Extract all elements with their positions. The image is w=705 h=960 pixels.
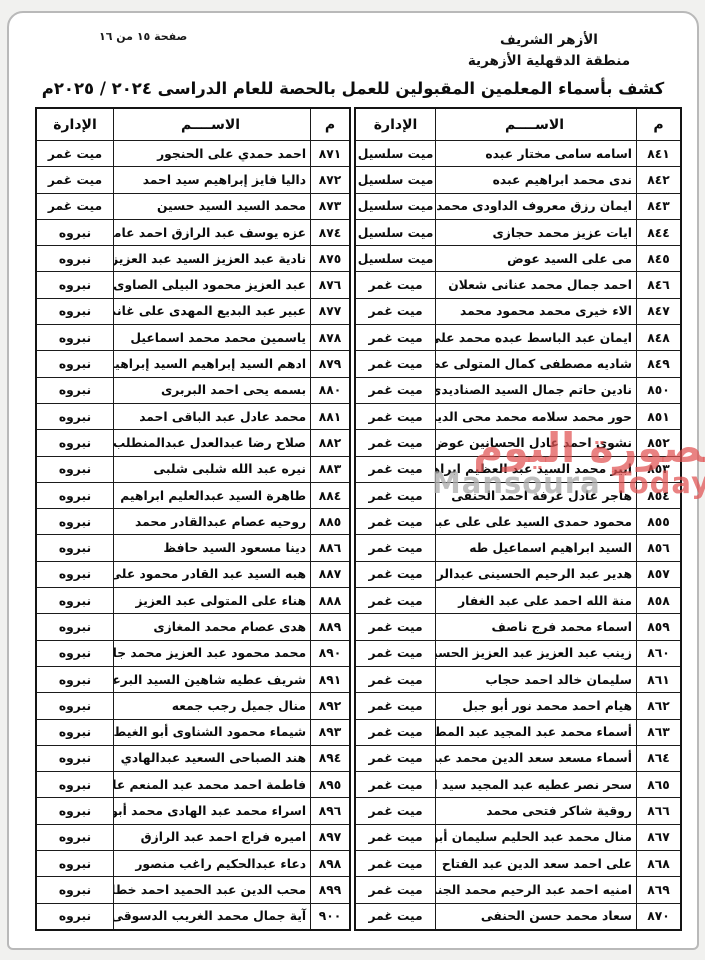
org-region: منطقة الدقهلية الأزهرية [439,51,659,72]
table-row: ٨٩٢منال جميل رجب جمعهنبروه [36,693,350,719]
table-row: ٨٧٠سعاد محمد حسن الحنفىميت غمر [355,903,681,930]
cell-num: ٨٥٨ [637,588,682,614]
cell-admin: نبروه [36,903,114,930]
table-row: ٨٨٥روحيه عصام عبدالقادر محمدنبروه [36,509,350,535]
table-row: ٨٤٥مى على السيد عوضميت سلسيل [355,246,681,272]
table-row: ٨٩٤هند الصباحى السعيد عبدالهادينبروه [36,745,350,771]
cell-num: ٨٦٨ [637,851,682,877]
cell-num: ٨٨٤ [311,482,351,508]
cell-num: ٨٨٥ [311,509,351,535]
cell-num: ٨٨٣ [311,456,351,482]
cell-num: ٨٥٦ [637,535,682,561]
cell-name: اسراء محمد عبد الهادى محمد أبو طالب [114,798,311,824]
cell-name: منال محمد عبد الحليم سليمان أبو عفصه [436,824,637,850]
table-row: ٨٤١اسامه سامى مختار عبدهميت سلسيل [355,141,681,167]
column-header-admin: الإدارة [355,108,436,141]
cell-admin: ميت غمر [355,798,436,824]
table-row: ٨٦٩امنيه احمد عبد الرحيم محمد الجندىميت … [355,877,681,903]
table-row: ٨٥٠نادين حاتم جمال السيد الصناديدىميت غم… [355,377,681,403]
cell-num: ٨٦٤ [637,745,682,771]
table-row: ٨٩٩محب الدين عبد الحميد احمد خطابنبروه [36,877,350,903]
table-row: ٨٥٨منة الله احمد على عبد الغفارميت غمر [355,588,681,614]
cell-num: ٨٧٦ [311,272,351,298]
cell-admin: ميت غمر [355,482,436,508]
cell-num: ٨٩١ [311,666,351,692]
cell-admin: نبروه [36,851,114,877]
table-row: ٨٤٦احمد جمال محمد عنانى شعلانميت غمر [355,272,681,298]
cell-name: نادية عبد العزيز السيد عبد العزيز [114,246,311,272]
cell-name: على احمد سعد الدين عبد الفتاح [436,851,637,877]
cell-num: ٨٥٩ [637,614,682,640]
table-row: ٨٧٨ياسمين محمد محمد اسماعيلنبروه [36,325,350,351]
cell-name: دينا مسعود السيد حافظ [114,535,311,561]
cell-num: ٨٩٧ [311,824,351,850]
cell-admin: نبروه [36,824,114,850]
cell-num: ٨٦٩ [637,877,682,903]
cell-num: ٨٨٨ [311,588,351,614]
table-row: ٨٨٧هبه السيد عبد القادر محمود علىنبروه [36,561,350,587]
cell-admin: ميت غمر [355,614,436,640]
cell-admin: ميت غمر [355,877,436,903]
table-row: ٨٨٠بسمه يحى احمد البربرىنبروه [36,377,350,403]
table-row: ٨٧٣محمد السيد السيد حسينميت غمر [36,193,350,219]
table-row: ٨٨٢صلاح رضا عبدالعدل عبدالمنطلبنبروه [36,430,350,456]
cell-num: ٨٧٠ [637,903,682,930]
cell-num: ٨٦٧ [637,824,682,850]
cell-admin: نبروه [36,614,114,640]
cell-name: هيام احمد محمد نور أبو جبل [436,693,637,719]
table-row: ٨٤٧الاء خيرى محمد محمود محمدميت غمر [355,298,681,324]
cell-admin: نبروه [36,298,114,324]
cell-name: حور محمد سلامه محمد محى الدين [436,403,637,429]
table-row: ٨٨٨هناء على المتولى عبد العزيزنبروه [36,588,350,614]
table-row: ٨٦٥سحر نصر عطيه عبد المجيد سيد احمدميت غ… [355,772,681,798]
cell-num: ٨٨١ [311,403,351,429]
cell-name: داليا فايز إبراهيم سيد احمد [114,167,311,193]
cell-name: ايمان عبد الباسط عبده محمد على البوها [436,325,637,351]
cell-num: ٨٥٤ [637,482,682,508]
cell-name: زينب عبد العزيز عبد العزيز الحسينى [436,640,637,666]
cell-name: محمد عادل عبد الباقى احمد [114,403,311,429]
cell-admin: نبروه [36,272,114,298]
cell-admin: ميت غمر [355,824,436,850]
cell-admin: نبروه [36,430,114,456]
cell-name: ندى محمد ابراهيم عبده [436,167,637,193]
cell-admin: نبروه [36,325,114,351]
table-row: ٨٦٠زينب عبد العزيز عبد العزيز الحسينىميت… [355,640,681,666]
cell-name: شاديه مصطفى كمال المتولى عطيه الشبه [436,351,637,377]
cell-num: ٨٨٠ [311,377,351,403]
cell-admin: ميت غمر [355,351,436,377]
table-row: ٨٦٧منال محمد عبد الحليم سليمان أبو عفصهم… [355,824,681,850]
cell-num: ٨٥٢ [637,430,682,456]
cell-name: نيره عبد الله شلبى شلبى [114,456,311,482]
table-row: ٨٧٤عزه يوسف عبد الرازق احمد عامرنبروه [36,219,350,245]
table-row: ٨٩٦اسراء محمد عبد الهادى محمد أبو طالبنب… [36,798,350,824]
org-header: الأزهر الشريف منطقة الدقهلية الأزهرية [439,30,659,72]
cell-admin: نبروه [36,877,114,903]
table-row: ٨٩١شريف عطيه شاهين السيد البرعىنبروه [36,666,350,692]
cell-num: ٨٦٦ [637,798,682,824]
table-row: ٨٥٤هاجر عادل عرفة احمد الحنفىميت غمر [355,482,681,508]
cell-name: نشوى احمد عادل الحسانين عوض الله [436,430,637,456]
cell-admin: ميت سلسيل [355,141,436,167]
cell-name: عبير عبد البديع المهدى على غانم [114,298,311,324]
cell-num: ٨٤٣ [637,193,682,219]
table-row: ٨٥٥محمود حمدى السيد على على عبد الكريممي… [355,509,681,535]
cell-num: ٨٧٤ [311,219,351,245]
cell-num: ٨٥٥ [637,509,682,535]
cell-name: مى على السيد عوض [436,246,637,272]
cell-name: اسماء محمد فرج ناصف [436,614,637,640]
cell-num: ٨٦٣ [637,719,682,745]
cell-name: هناء على المتولى عبد العزيز [114,588,311,614]
table-row: ٨٤٣ايمان رزق معروف الداودى محمدميت سلسيل [355,193,681,219]
cell-name: عبد العزيز محمود البيلى الصاوى [114,272,311,298]
cell-num: ٨٧١ [311,141,351,167]
cell-name: ادهم السيد إبراهيم السيد إبراهيم [114,351,311,377]
cell-name: نادين حاتم جمال السيد الصناديدى [436,377,637,403]
table-row: ٨٥١حور محمد سلامه محمد محى الدينميت غمر [355,403,681,429]
cell-name: احمد جمال محمد عنانى شعلان [436,272,637,298]
cell-num: ٨٧٧ [311,298,351,324]
cell-name: هاجر عادل عرفة احمد الحنفى [436,482,637,508]
cell-admin: نبروه [36,719,114,745]
table-row: ٨٦٦روقية شاكر فتحى محمدميت غمر [355,798,681,824]
cell-num: ٨٤٢ [637,167,682,193]
column-header-num: م [637,108,682,141]
table-row: ٨٦٤أسماء مسعد سعد الدين محمد عبد اللهميت… [355,745,681,771]
cell-name: محمد السيد السيد حسين [114,193,311,219]
table-row: ٨٤٨ايمان عبد الباسط عبده محمد على البوها… [355,325,681,351]
table-row: ٨٨٤طاهرة السيد عبدالعليم ابراهيمنبروه [36,482,350,508]
cell-admin: ميت غمر [355,666,436,692]
cell-admin: نبروه [36,745,114,771]
cell-name: اميره فراج احمد عبد الرازق [114,824,311,850]
cell-name: سحر نصر عطيه عبد المجيد سيد احمد [436,772,637,798]
cell-admin: نبروه [36,377,114,403]
cell-num: ٨٩٠ [311,640,351,666]
table-row: ٨٤٢ندى محمد ابراهيم عبدهميت سلسيل [355,167,681,193]
cell-admin: ميت غمر [36,141,114,167]
cell-num: ٨٥٠ [637,377,682,403]
cell-num: ٩٠٠ [311,903,351,930]
table-row: ٨٧١احمد حمدي على الحنجورميت غمر [36,141,350,167]
page-number-label: صفحة ١٥ من ١٦ [99,30,187,43]
table-row: ٨٥٣ابير محمد السيد عبد العظيم ابراهيمميت… [355,456,681,482]
cell-num: ٨٤٥ [637,246,682,272]
cell-name: امنيه احمد عبد الرحيم محمد الجندى [436,877,637,903]
table-row: ٨٨٩هدى عصام محمد المغازىنبروه [36,614,350,640]
cell-num: ٨٩٣ [311,719,351,745]
table-row: ٨٥٧هدير عبد الرحيم الحسينى عبدالرحيمميت … [355,561,681,587]
cell-admin: نبروه [36,588,114,614]
cell-admin: نبروه [36,772,114,798]
cell-num: ٨٨٦ [311,535,351,561]
cell-num: ٨٩٦ [311,798,351,824]
cell-name: هند الصباحى السعيد عبدالهادي [114,745,311,771]
cell-admin: ميت غمر [355,298,436,324]
column-header-name: الاســــم [114,108,311,141]
cell-admin: ميت غمر [355,430,436,456]
cell-admin: نبروه [36,219,114,245]
cell-num: ٨٧٢ [311,167,351,193]
cell-num: ٨٤٩ [637,351,682,377]
cell-num: ٨٥٧ [637,561,682,587]
cell-admin: ميت غمر [36,167,114,193]
cell-admin: ميت غمر [355,272,436,298]
table-row: ٨٥٦السيد ابراهيم اسماعيل طهميت غمر [355,535,681,561]
cell-num: ٨٦٠ [637,640,682,666]
cell-admin: ميت غمر [355,745,436,771]
table-row: ٨٩٨دعاء عبدالحكيم راغب منصورنبروه [36,851,350,877]
cell-name: آية جمال محمد الغريب الدسوقى [114,903,311,930]
cell-name: شريف عطيه شاهين السيد البرعى [114,666,311,692]
cell-num: ٨٨٧ [311,561,351,587]
cell-name: فاطمة احمد محمد عبد المنعم على غانم [114,772,311,798]
cell-num: ٨٨٩ [311,614,351,640]
roster-table-left: م الاســــم الإدارة ٨٧١احمد حمدي على الح… [35,107,351,931]
cell-admin: ميت غمر [355,719,436,745]
cell-num: ٨٩٨ [311,851,351,877]
cell-name: ياسمين محمد محمد اسماعيل [114,325,311,351]
cell-admin: ميت سلسيل [355,246,436,272]
cell-num: ٨٧٨ [311,325,351,351]
cell-admin: نبروه [36,640,114,666]
table-row: ٨٦٢هيام احمد محمد نور أبو جبلميت غمر [355,693,681,719]
table-row: ٩٠٠آية جمال محمد الغريب الدسوقىنبروه [36,903,350,930]
cell-num: ٨٤١ [637,141,682,167]
table-row: ٨٨٦دينا مسعود السيد حافظنبروه [36,535,350,561]
cell-admin: نبروه [36,666,114,692]
cell-admin: ميت سلسيل [355,193,436,219]
cell-name: محمود حمدى السيد على على عبد الكريم [436,509,637,535]
cell-name: هبه السيد عبد القادر محمود على [114,561,311,587]
cell-name: أسماء مسعد سعد الدين محمد عبد الله [436,745,637,771]
scanned-document: { "page": { "page_label": "صفحة ١٥ من ١٦… [0,0,705,960]
cell-name: بسمه يحى احمد البربرى [114,377,311,403]
cell-admin: ميت غمر [355,851,436,877]
cell-admin: نبروه [36,693,114,719]
cell-name: شيماء محمود الشناوى أبو الغيط [114,719,311,745]
cell-name: سليمان خالد احمد حجاب [436,666,637,692]
cell-admin: ميت غمر [36,193,114,219]
cell-admin: نبروه [36,456,114,482]
table-row: ٨٦٨على احمد سعد الدين عبد الفتاحميت غمر [355,851,681,877]
cell-name: أسماء محمد عبد المجيد عبد المطلب [436,719,637,745]
column-header-admin: الإدارة [36,108,114,141]
cell-name: منال جميل رجب جمعه [114,693,311,719]
cell-name: ايمان رزق معروف الداودى محمد [436,193,637,219]
header-row: م الاســــم الإدارة [355,108,681,141]
cell-admin: ميت غمر [355,640,436,666]
cell-num: ٨٦١ [637,666,682,692]
cell-admin: ميت سلسيل [355,219,436,245]
cell-num: ٨٥١ [637,403,682,429]
cell-admin: ميت غمر [355,456,436,482]
table-row: ٨٤٩شاديه مصطفى كمال المتولى عطيه الشبهمي… [355,351,681,377]
table-row: ٨٩٥فاطمة احمد محمد عبد المنعم على غانمنب… [36,772,350,798]
table-row: ٨٩٣شيماء محمود الشناوى أبو الغيطنبروه [36,719,350,745]
table-row: ٨٧٦عبد العزيز محمود البيلى الصاوىنبروه [36,272,350,298]
cell-num: ٨٩٤ [311,745,351,771]
cell-admin: ميت غمر [355,403,436,429]
cell-num: ٨٧٥ [311,246,351,272]
cell-num: ٨٩٢ [311,693,351,719]
table-row: ٨٩٧اميره فراج احمد عبد الرازقنبروه [36,824,350,850]
cell-admin: ميت غمر [355,772,436,798]
cell-num: ٨٩٩ [311,877,351,903]
cell-num: ٨٤٦ [637,272,682,298]
cell-admin: ميت سلسيل [355,167,436,193]
document-title: كشف بأسماء المعلمين المقبولين للعمل بالح… [9,79,697,98]
table-row: ٨٤٤ايات عزيز محمد حجازىميت سلسيل [355,219,681,245]
cell-admin: ميت غمر [355,509,436,535]
cell-num: ٨٦٥ [637,772,682,798]
table-row: ٨٨١محمد عادل عبد الباقى احمدنبروه [36,403,350,429]
cell-name: عزه يوسف عبد الرازق احمد عامر [114,219,311,245]
cell-name: احمد حمدي على الحنجور [114,141,311,167]
cell-name: اسامه سامى مختار عبده [436,141,637,167]
table-row: ٨٦٣أسماء محمد عبد المجيد عبد المطلبميت غ… [355,719,681,745]
cell-admin: نبروه [36,798,114,824]
cell-num: ٨٤٨ [637,325,682,351]
cell-name: سعاد محمد حسن الحنفى [436,903,637,930]
cell-num: ٨٦٢ [637,693,682,719]
cell-name: محمد محمود عبد العزيز محمد جاد [114,640,311,666]
org-name: الأزهر الشريف [439,30,659,51]
header-row: م الاســــم الإدارة [36,108,350,141]
cell-admin: نبروه [36,535,114,561]
cell-num: ٨٤٧ [637,298,682,324]
cell-admin: ميت غمر [355,561,436,587]
roster-table-right: م الاســــم الإدارة ٨٤١اسامه سامى مختار … [354,107,682,931]
cell-admin: نبروه [36,509,114,535]
cell-name: روحيه عصام عبدالقادر محمد [114,509,311,535]
cell-admin: نبروه [36,403,114,429]
cell-num: ٨٩٥ [311,772,351,798]
cell-admin: ميت غمر [355,535,436,561]
cell-admin: ميت غمر [355,377,436,403]
table-row: ٨٥٩اسماء محمد فرج ناصفميت غمر [355,614,681,640]
table-row: ٨٧٢داليا فايز إبراهيم سيد احمدميت غمر [36,167,350,193]
cell-name: ابير محمد السيد عبد العظيم ابراهيم [436,456,637,482]
document-page: صفحة ١٥ من ١٦ الأزهر الشريف منطقة الدقهل… [7,11,699,950]
cell-name: دعاء عبدالحكيم راغب منصور [114,851,311,877]
cell-name: السيد ابراهيم اسماعيل طه [436,535,637,561]
table-row: ٨٧٧عبير عبد البديع المهدى على غانمنبروه [36,298,350,324]
cell-admin: ميت غمر [355,903,436,930]
cell-name: طاهرة السيد عبدالعليم ابراهيم [114,482,311,508]
cell-admin: ميت غمر [355,693,436,719]
cell-name: الاء خيرى محمد محمود محمد [436,298,637,324]
cell-name: منة الله احمد على عبد الغفار [436,588,637,614]
cell-name: ايات عزيز محمد حجازى [436,219,637,245]
cell-num: ٨٧٣ [311,193,351,219]
cell-num: ٨٨٢ [311,430,351,456]
cell-name: هدير عبد الرحيم الحسينى عبدالرحيم [436,561,637,587]
cell-admin: ميت غمر [355,325,436,351]
cell-admin: ميت غمر [355,588,436,614]
cell-admin: نبروه [36,351,114,377]
cell-num: ٨٤٤ [637,219,682,245]
table-row: ٨٥٢نشوى احمد عادل الحسانين عوض اللهميت غ… [355,430,681,456]
table-row: ٨٧٩ادهم السيد إبراهيم السيد إبراهيمنبروه [36,351,350,377]
column-header-num: م [311,108,351,141]
column-header-name: الاســــم [436,108,637,141]
table-row: ٨٩٠محمد محمود عبد العزيز محمد جادنبروه [36,640,350,666]
cell-num: ٨٧٩ [311,351,351,377]
table-row: ٨٦١سليمان خالد احمد حجابميت غمر [355,666,681,692]
cell-name: روقية شاكر فتحى محمد [436,798,637,824]
cell-name: صلاح رضا عبدالعدل عبدالمنطلب [114,430,311,456]
cell-admin: نبروه [36,246,114,272]
cell-name: محب الدين عبد الحميد احمد خطاب [114,877,311,903]
roster-tables: م الاســــم الإدارة ٨٤١اسامه سامى مختار … [35,107,682,931]
table-row: ٨٧٥نادية عبد العزيز السيد عبد العزيزنبرو… [36,246,350,272]
cell-name: هدى عصام محمد المغازى [114,614,311,640]
cell-admin: نبروه [36,482,114,508]
cell-admin: نبروه [36,561,114,587]
table-row: ٨٨٣نيره عبد الله شلبى شلبىنبروه [36,456,350,482]
cell-num: ٨٥٣ [637,456,682,482]
